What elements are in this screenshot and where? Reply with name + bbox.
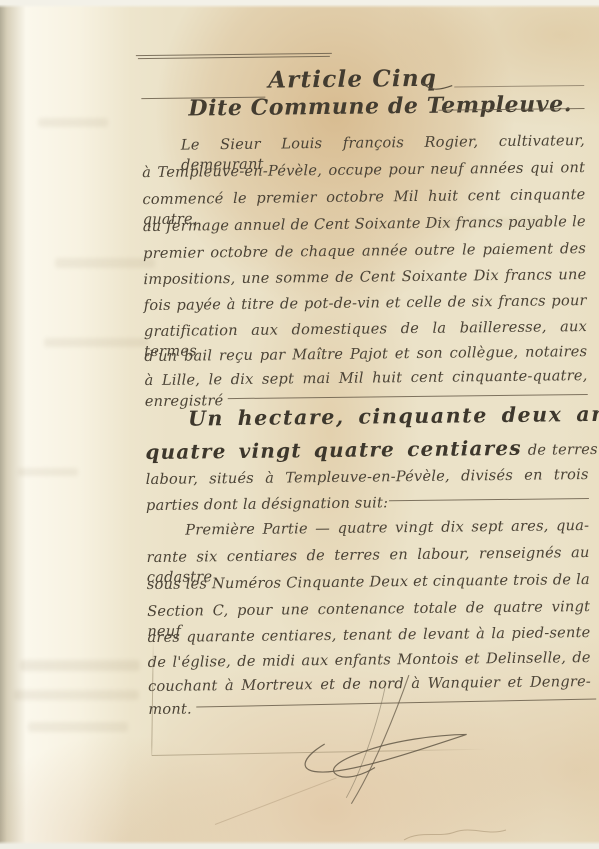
notary-paraph-signature xyxy=(288,672,490,809)
ink-rule xyxy=(138,56,330,59)
manuscript-line: fois payée à titre de pot-de-vin et cell… xyxy=(144,291,587,316)
manuscript-line: de l'église, de midi aux enfants Montois… xyxy=(148,648,591,673)
manuscript-line: d'un bail reçu par Maître Pajot et son c… xyxy=(144,342,587,367)
manuscript-line: au fermage annuel de Cent Soixante Dix f… xyxy=(143,212,586,237)
manuscript-ink-layer: Article Cinq Dite Commune de Templeuve. … xyxy=(0,0,599,849)
ink-check-flourish xyxy=(420,79,454,93)
emphasis-big: quatre vingt quatre centiares xyxy=(145,436,522,464)
manuscript-line: impositions, une somme de Cent Soixante … xyxy=(143,265,586,290)
commune-heading: Dite Commune de Templeuve. xyxy=(188,91,572,121)
emphasis-line: quatre vingt quatre centiaresde terres e… xyxy=(145,435,599,464)
scanned-document-photo: Article Cinq Dite Commune de Templeuve. … xyxy=(0,0,599,849)
manuscript-line: ares quarante centiares, tenant de levan… xyxy=(147,623,590,648)
manuscript-line: sous les Numéros Cinquante Deux et cinqu… xyxy=(147,570,590,595)
manuscript-line: à Templeuve-en-Pévèle, occupe pour neuf … xyxy=(142,158,585,183)
photo-edge-bottom xyxy=(0,841,599,849)
emphasis-line: Un hectare, cinquante deux ares, xyxy=(188,401,599,430)
ink-rule xyxy=(454,85,584,87)
manuscript-line: premier octobre de chaque année outre le… xyxy=(143,239,586,264)
article-title: Article Cinq xyxy=(268,65,437,94)
manuscript-line: labour, situés à Templeuve-en-Pévèle, di… xyxy=(146,465,589,490)
manuscript-line: Première Partie — quatre vingt dix sept … xyxy=(185,516,589,541)
manuscript-line: parties dont la désignation suit: xyxy=(146,491,589,516)
emphasis-rest: de terres en xyxy=(528,441,599,459)
